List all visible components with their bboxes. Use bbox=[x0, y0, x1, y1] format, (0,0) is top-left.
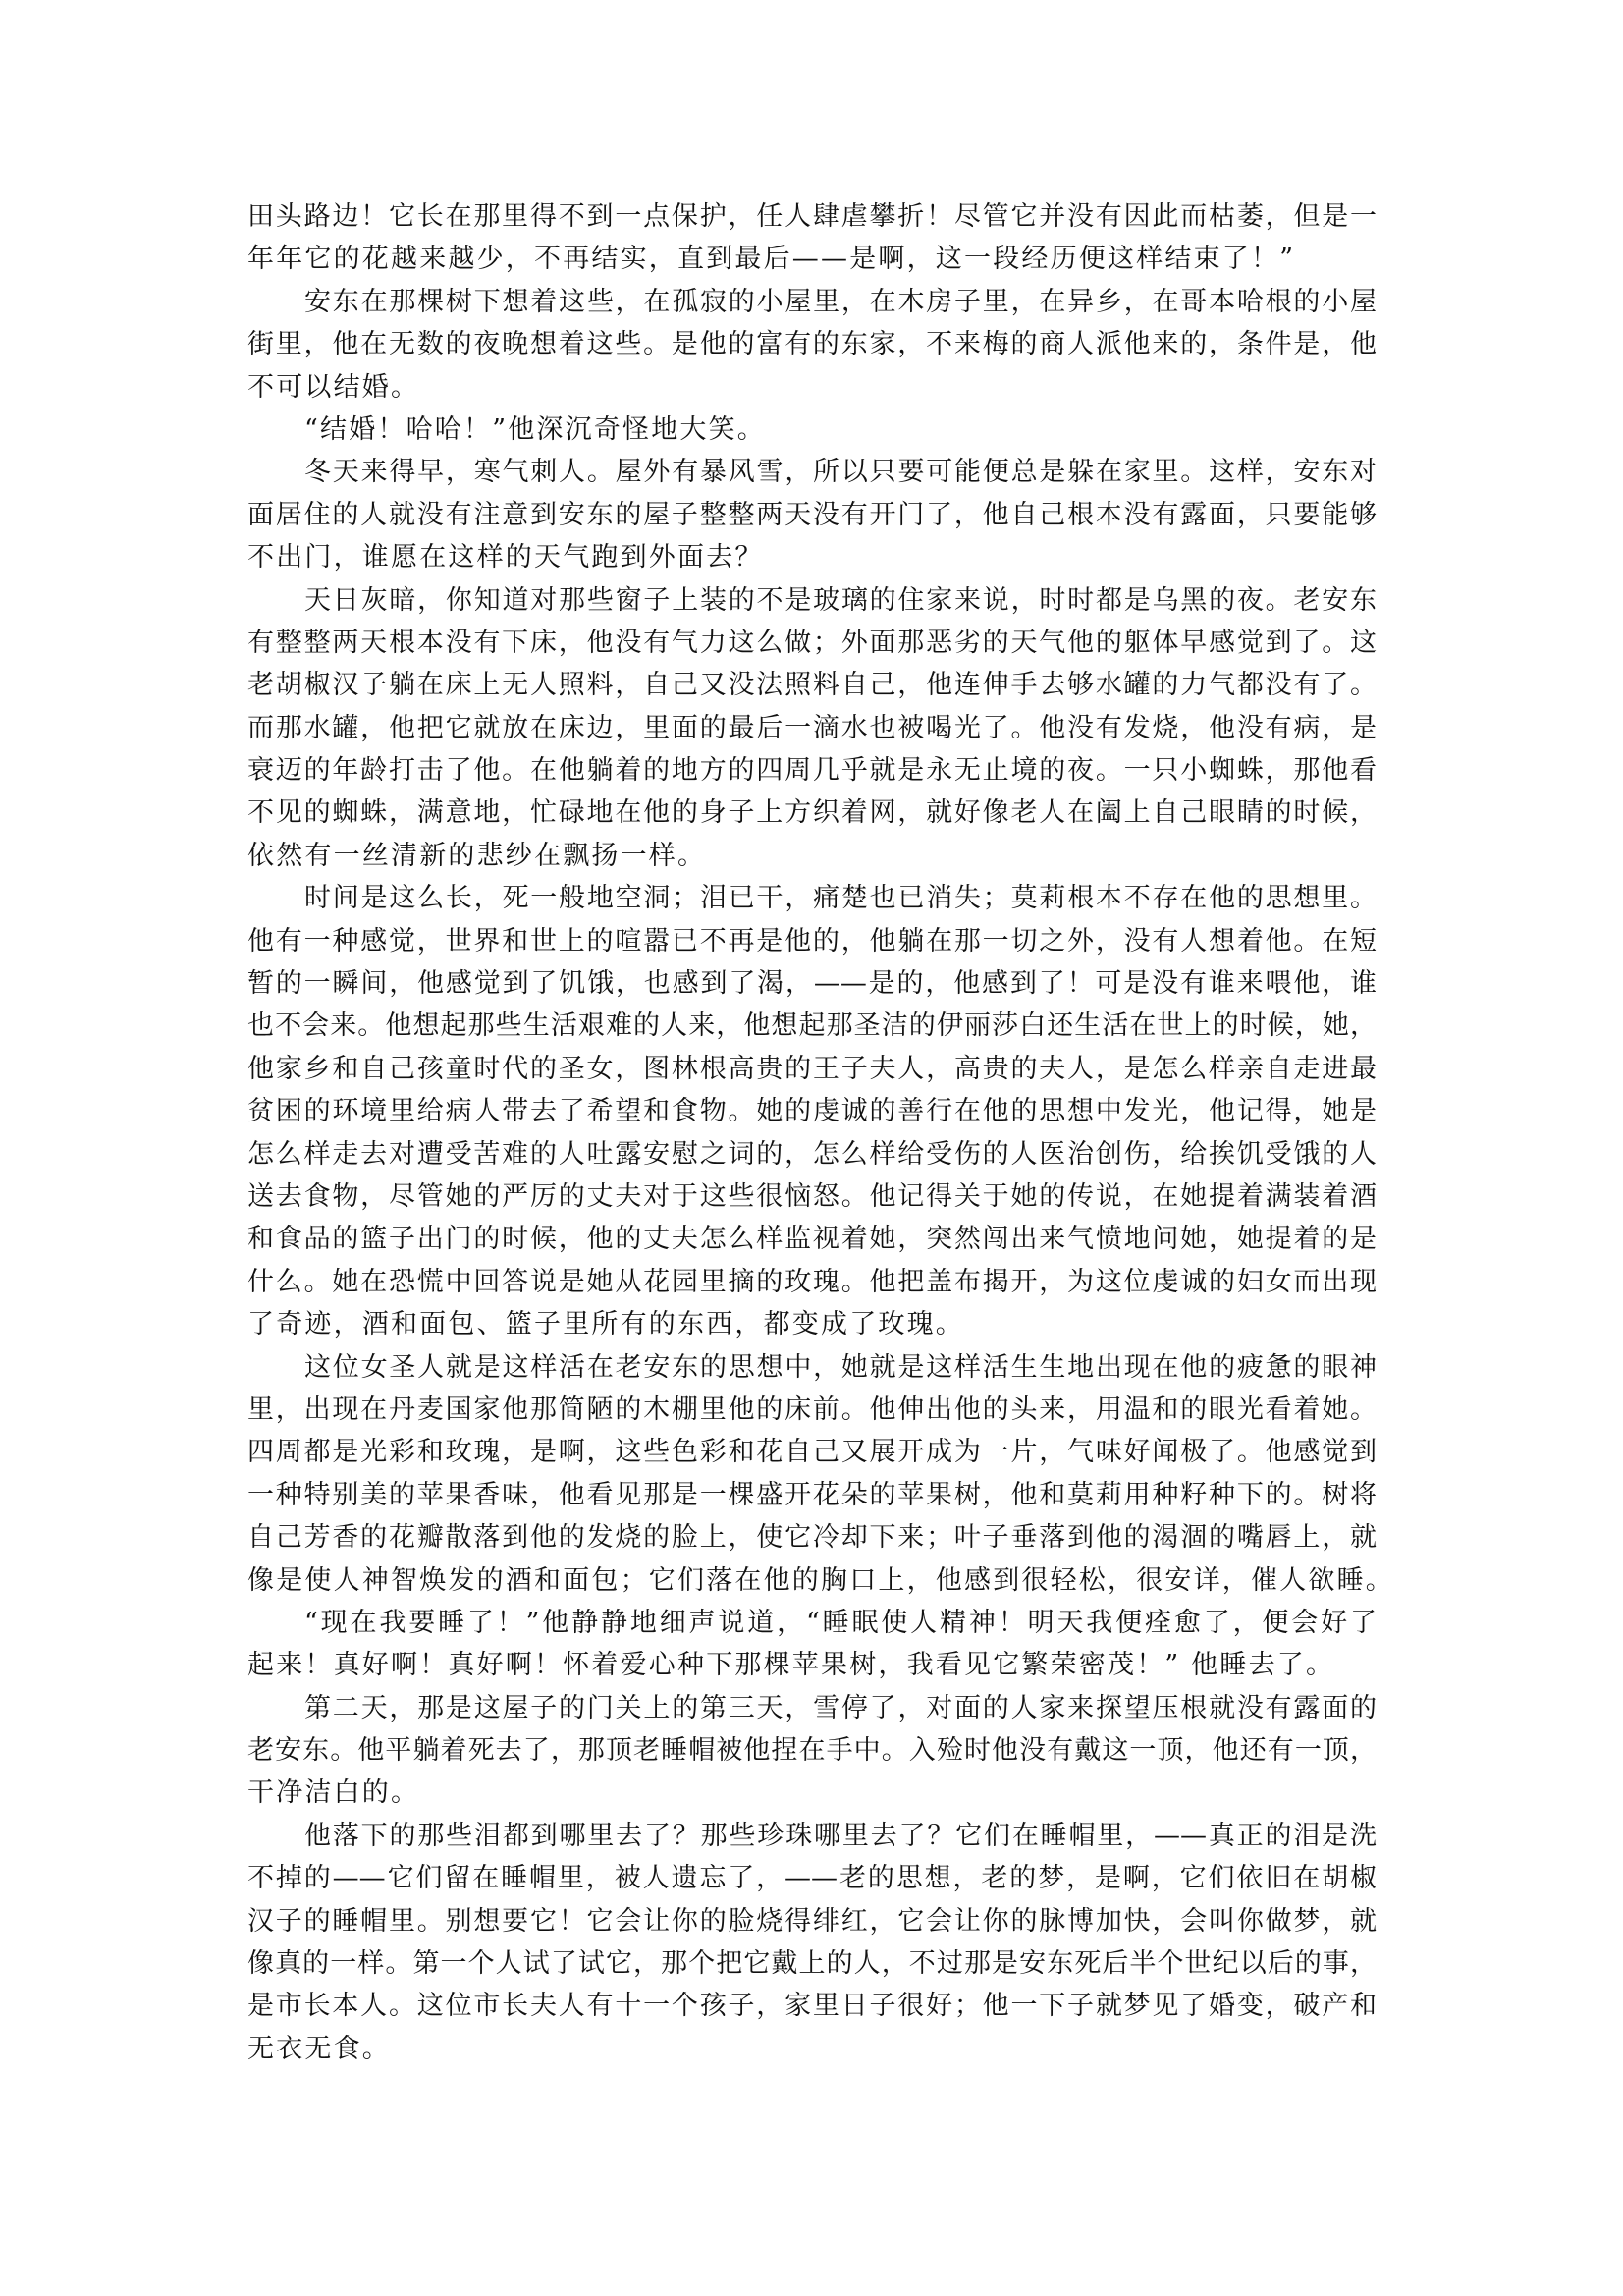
paragraph: 他落下的那些泪都到哪里去了？那些珍珠哪里去了？它们在睡帽里，——真正的泪是洗不掉… bbox=[247, 1815, 1377, 2070]
text-line: 像真的一样。第一个人试了试它，那个把它戴上的人，不过那是安东死后半个世纪以后的事… bbox=[247, 1942, 1377, 1985]
paragraph: 安东在那棵树下想着这些，在孤寂的小屋里，在木房子里，在异乡，在哥本哈根的小屋街里… bbox=[247, 281, 1377, 409]
text-line: 不出门，谁愿在这样的天气跑到外面去？ bbox=[247, 536, 1377, 578]
paragraph: 田头路边！它长在那里得不到一点保护，任人肆虐攀折！尽管它并没有因此而枯萎，但是一… bbox=[247, 195, 1377, 281]
text-line: 送去食物，尽管她的严厉的丈夫对于这些很恼怒。他记得关于她的传说，在她提着满装着酒 bbox=[247, 1175, 1377, 1218]
text-line: 暂的一瞬间，他感觉到了饥饿，也感到了渴，——是的，他感到了！可是没有谁来喂他，谁 bbox=[247, 962, 1377, 1005]
text-line: “现在我要睡了！”他静静地细声说道，“睡眠使人精神！明天我便痊愈了，便会好了 bbox=[247, 1602, 1377, 1644]
document-page: 田头路边！它长在那里得不到一点保护，任人肆虐攀折！尽管它并没有因此而枯萎，但是一… bbox=[247, 195, 1377, 2070]
text-line: 像是使人神智焕发的酒和面包；它们落在他的胸口上，他感到很轻松，很安详，催人欲睡。 bbox=[247, 1559, 1377, 1602]
text-line: “结婚！哈哈！”他深沉奇怪地大笑。 bbox=[247, 409, 1377, 451]
text-line: 依然有一丝清新的悲纱在飘扬一样。 bbox=[247, 835, 1377, 877]
text-line: 和食品的篮子出门的时候，他的丈夫怎么样监视着她，突然闯出来气愤地问她，她提着的是 bbox=[247, 1218, 1377, 1260]
paragraph: 这位女圣人就是这样活在老安东的思想中，她就是这样活生生地出现在他的疲惫的眼神里，… bbox=[247, 1346, 1377, 1602]
text-line: 干净洁白的。 bbox=[247, 1772, 1377, 1814]
text-line: 面居住的人就没有注意到安东的屋子整整两天没有开门了，他自己根本没有露面，只要能够 bbox=[247, 494, 1377, 536]
text-line: 有整整两天根本没有下床，他没有气力这么做；外面那恶劣的天气他的躯体早感觉到了。这 bbox=[247, 622, 1377, 664]
text-line: 是市长本人。这位市长夫人有十一个孩子，家里日子很好；他一下子就梦见了婚变，破产和 bbox=[247, 1985, 1377, 2027]
text-line: 衰迈的年龄打击了他。在他躺着的地方的四周几乎就是永无止境的夜。一只小蜘蛛，那他看 bbox=[247, 749, 1377, 792]
text-line: 怎么样走去对遭受苦难的人吐露安慰之词的，怎么样给受伤的人医治创伤，给挨饥受饿的人 bbox=[247, 1133, 1377, 1175]
text-line: 他落下的那些泪都到哪里去了？那些珍珠哪里去了？它们在睡帽里，——真正的泪是洗 bbox=[247, 1815, 1377, 1857]
text-line: 他家乡和自己孩童时代的圣女，图林根高贵的王子夫人，高贵的夫人，是怎么样亲自走进最 bbox=[247, 1048, 1377, 1090]
text-line: 汉子的睡帽里。别想要它！它会让你的脸烧得绯红，它会让你的脉博加快，会叫你做梦，就 bbox=[247, 1900, 1377, 1942]
text-line: 而那水罐，他把它就放在床边，里面的最后一滴水也被喝光了。他没有发烧，他没有病，是 bbox=[247, 707, 1377, 749]
text-line: 起来！真好啊！真好啊！怀着爱心种下那棵苹果树，我看见它繁荣密茂！” 他睡去了。 bbox=[247, 1644, 1377, 1686]
text-line: 四周都是光彩和玫瑰，是啊，这些色彩和花自己又展开成为一片，气味好闻极了。他感觉到 bbox=[247, 1431, 1377, 1473]
paragraph: 时间是这么长，死一般地空洞；泪已干，痛楚也已消失；莫莉根本不存在他的思想里。他有… bbox=[247, 877, 1377, 1345]
text-line: 不见的蜘蛛，满意地，忙碌地在他的身子上方织着网，就好像老人在阖上自己眼睛的时候， bbox=[247, 792, 1377, 834]
text-line: 什么。她在恐慌中回答说是她从花园里摘的玫瑰。他把盖布揭开，为这位虔诚的妇女而出现 bbox=[247, 1261, 1377, 1303]
text-line: 老胡椒汉子躺在床上无人照料，自己又没法照料自己，他连伸手去够水罐的力气都没有了。 bbox=[247, 664, 1377, 706]
text-line: 年年它的花越来越少，不再结实，直到最后——是啊，这一段经历便这样结束了！” bbox=[247, 238, 1377, 280]
text-line: 安东在那棵树下想着这些，在孤寂的小屋里，在木房子里，在异乡，在哥本哈根的小屋 bbox=[247, 281, 1377, 323]
paragraph: “结婚！哈哈！”他深沉奇怪地大笑。 bbox=[247, 409, 1377, 451]
text-line: 时间是这么长，死一般地空洞；泪已干，痛楚也已消失；莫莉根本不存在他的思想里。 bbox=[247, 877, 1377, 919]
text-line: 里，出现在丹麦国家他那简陋的木棚里他的床前。他伸出他的头来，用温和的眼光看着她。 bbox=[247, 1389, 1377, 1431]
text-line: 一种特别美的苹果香味，他看见那是一棵盛开花朵的苹果树，他和莫莉用种籽种下的。树将 bbox=[247, 1474, 1377, 1516]
paragraph: 第二天，那是这屋子的门关上的第三天，雪停了，对面的人家来探望压根就没有露面的老安… bbox=[247, 1687, 1377, 1815]
paragraph: 天日灰暗，你知道对那些窗子上装的不是玻璃的住家来说，时时都是乌黑的夜。老安东有整… bbox=[247, 579, 1377, 878]
text-line: 天日灰暗，你知道对那些窗子上装的不是玻璃的住家来说，时时都是乌黑的夜。老安东 bbox=[247, 579, 1377, 622]
text-line: 第二天，那是这屋子的门关上的第三天，雪停了，对面的人家来探望压根就没有露面的 bbox=[247, 1687, 1377, 1729]
text-line: 不掉的——它们留在睡帽里，被人遗忘了，——老的思想，老的梦，是啊，它们依旧在胡椒 bbox=[247, 1857, 1377, 1899]
document-body-text: 田头路边！它长在那里得不到一点保护，任人肆虐攀折！尽管它并没有因此而枯萎，但是一… bbox=[247, 195, 1377, 2070]
text-line: 了奇迹，酒和面包、篮子里所有的东西，都变成了玫瑰。 bbox=[247, 1303, 1377, 1345]
paragraph: 冬天来得早，寒气刺人。屋外有暴风雪，所以只要可能便总是躲在家里。这样，安东对面居… bbox=[247, 451, 1377, 578]
text-line: 冬天来得早，寒气刺人。屋外有暴风雪，所以只要可能便总是躲在家里。这样，安东对 bbox=[247, 451, 1377, 493]
text-line: 无衣无食。 bbox=[247, 2028, 1377, 2070]
text-line: 他有一种感觉，世界和世上的喧嚣已不再是他的，他躺在那一切之外，没有人想着他。在短 bbox=[247, 920, 1377, 962]
text-line: 老安东。他平躺着死去了，那顶老睡帽被他捏在手中。入殓时他没有戴这一顶，他还有一顶… bbox=[247, 1729, 1377, 1772]
text-line: 不可以结婚。 bbox=[247, 366, 1377, 409]
text-line: 田头路边！它长在那里得不到一点保护，任人肆虐攀折！尽管它并没有因此而枯萎，但是一 bbox=[247, 195, 1377, 238]
paragraph: “现在我要睡了！”他静静地细声说道，“睡眠使人精神！明天我便痊愈了，便会好了起来… bbox=[247, 1602, 1377, 1687]
text-line: 这位女圣人就是这样活在老安东的思想中，她就是这样活生生地出现在他的疲惫的眼神 bbox=[247, 1346, 1377, 1389]
text-line: 街里，他在无数的夜晚想着这些。是他的富有的东家，不来梅的商人派他来的，条件是，他 bbox=[247, 323, 1377, 365]
text-line: 自己芳香的花瓣散落到他的发烧的脸上，使它冷却下来；叶子垂落到他的渴涸的嘴唇上，就 bbox=[247, 1516, 1377, 1558]
text-line: 也不会来。他想起那些生活艰难的人来，他想起那圣洁的伊丽莎白还生活在世上的时候，她… bbox=[247, 1005, 1377, 1047]
text-line: 贫困的环境里给病人带去了希望和食物。她的虔诚的善行在他的思想中发光，他记得，她是 bbox=[247, 1090, 1377, 1132]
